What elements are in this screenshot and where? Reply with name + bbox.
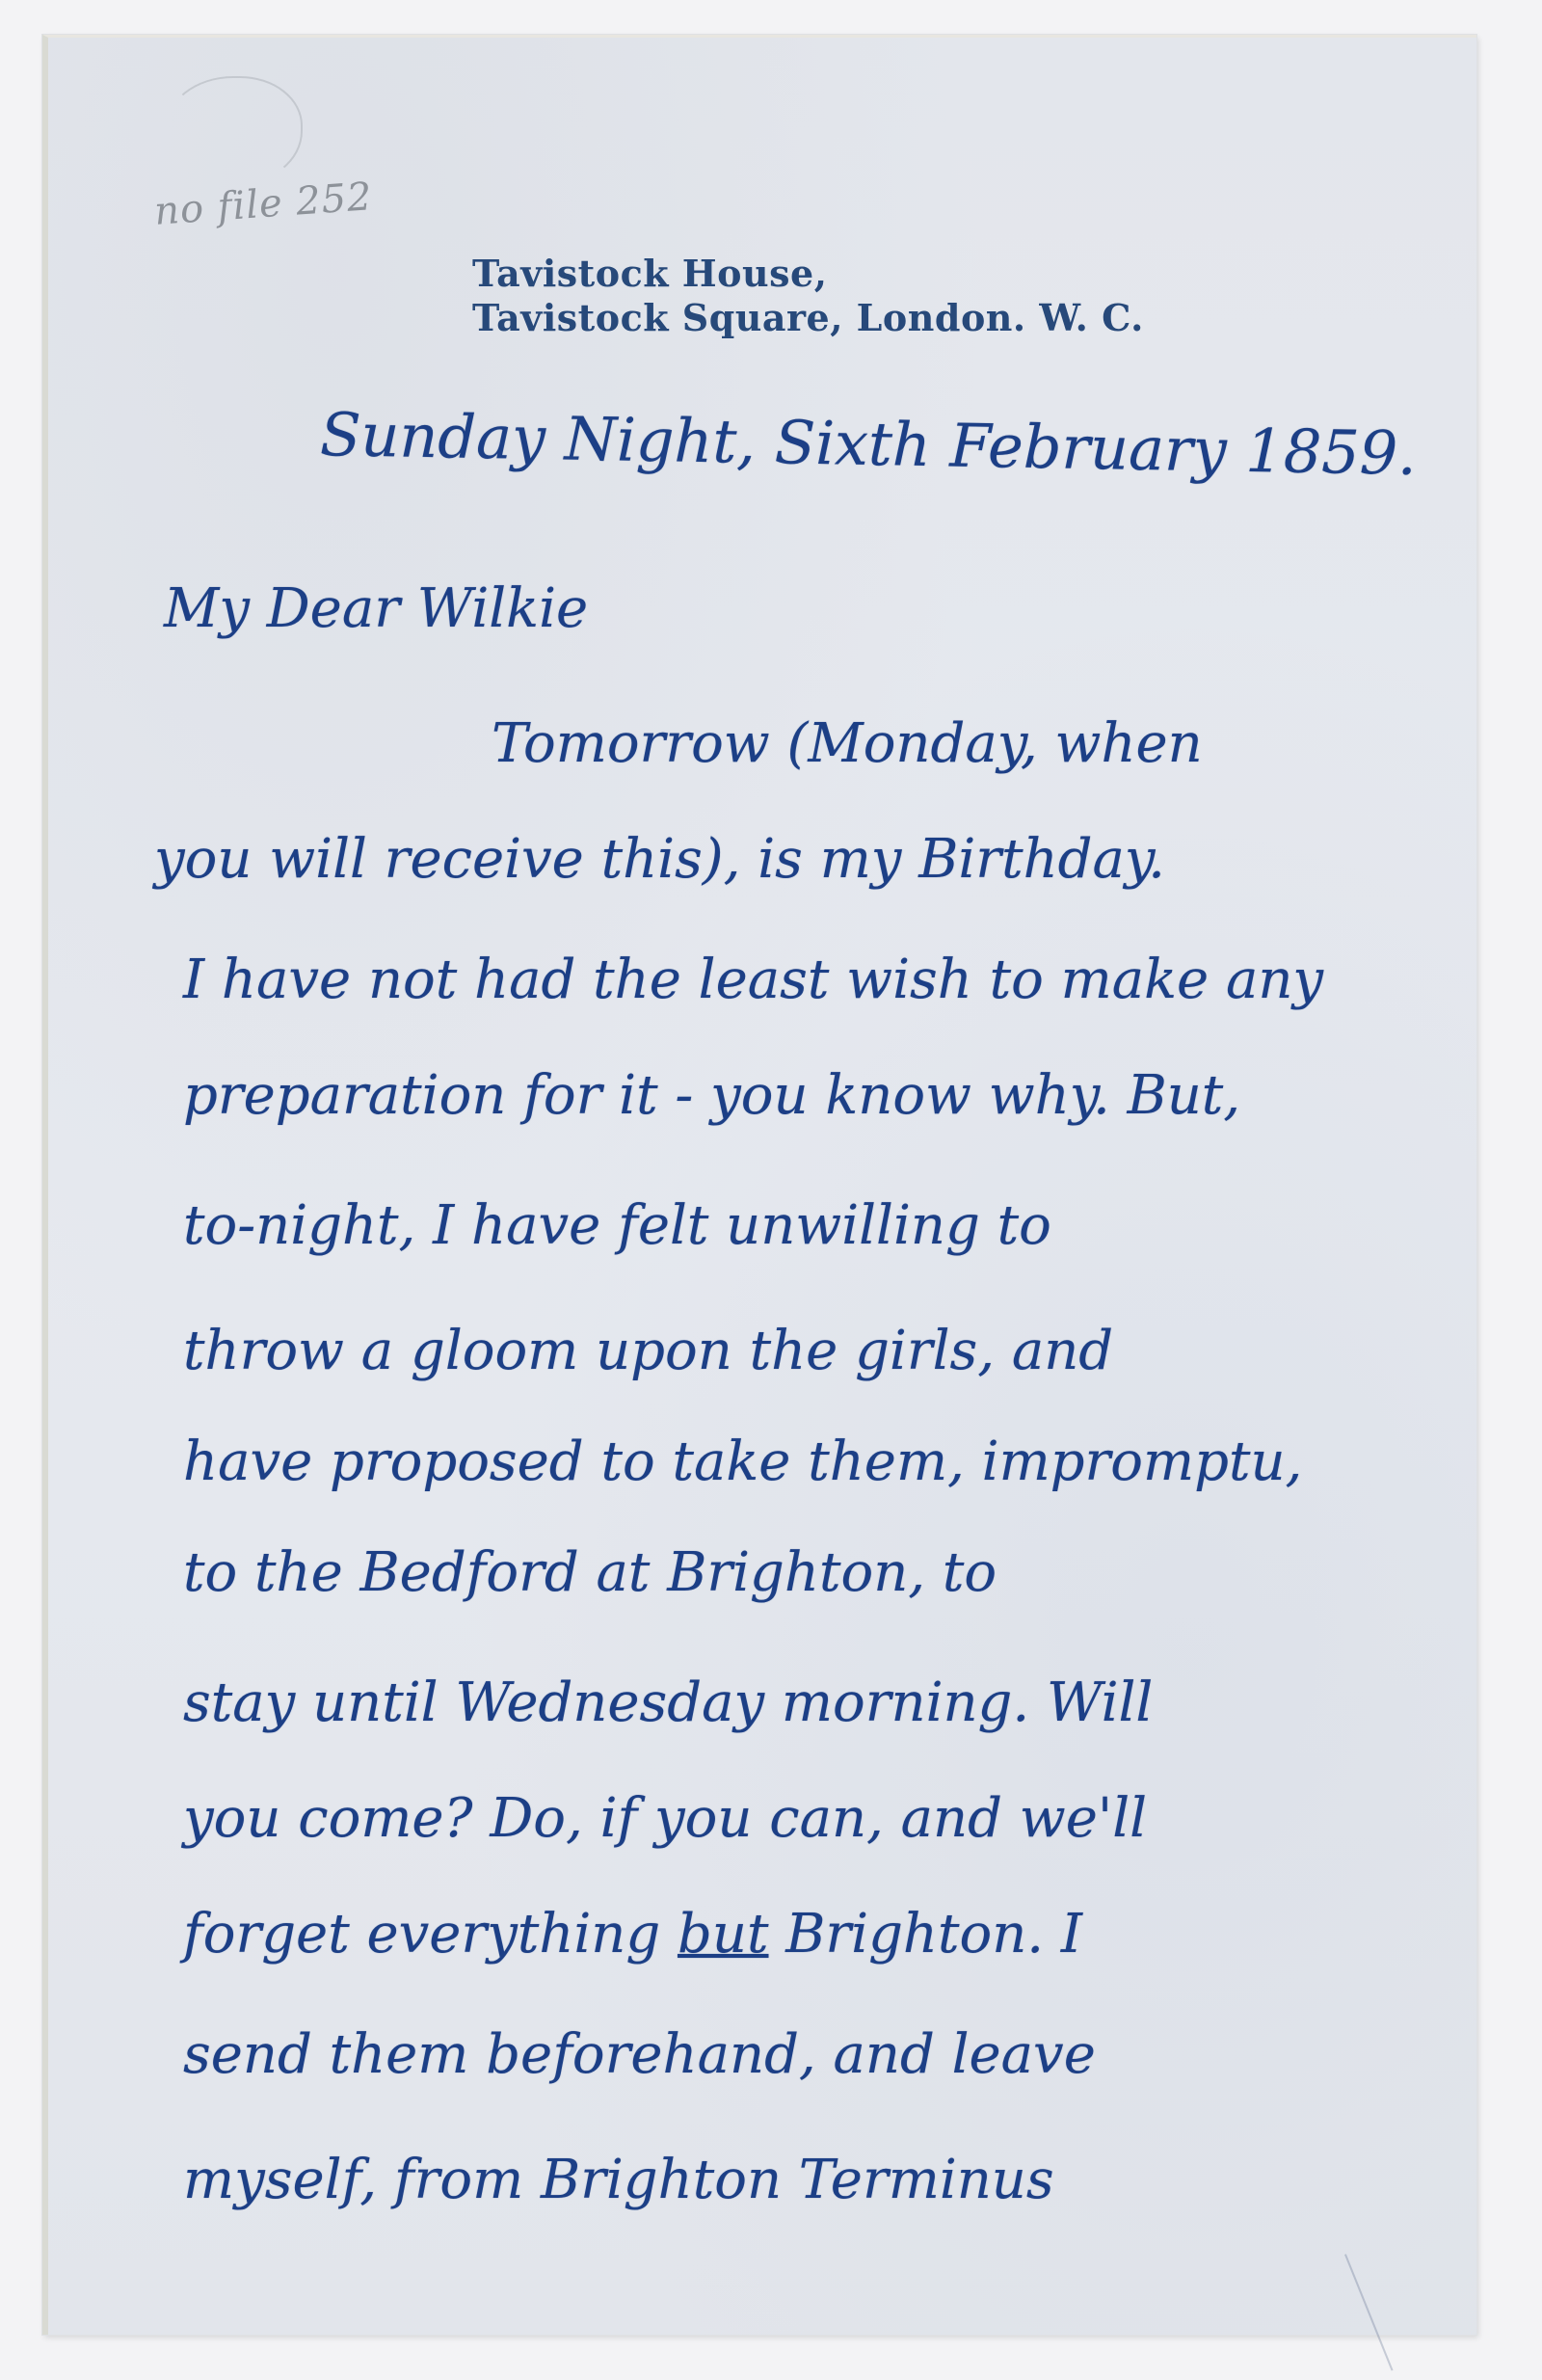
body-line-8: to the Bedford at Brighton, to [183,1541,997,1604]
scan-background: no file 252 Tavistock House, Tavistock S… [0,0,1542,2380]
body-line-11: forget everything but Brighton. I [183,1903,1082,1966]
body-line-12: send them beforehand, and leave [183,2023,1096,2086]
body-line-6: throw a gloom upon the girls, and [183,1320,1113,1382]
letter-sheet: no file 252 Tavistock House, Tavistock S… [42,35,1476,2335]
pencil-mark [164,76,303,186]
body-line-3: I have not had the least wish to make an… [183,949,1323,1011]
letterhead-line-1: Tavistock House, [472,252,1144,296]
body-line-5: to-night, I have felt unwilling to [183,1194,1051,1257]
underlined-word: but [678,1903,768,1966]
body-line-7: have proposed to take them, impromptu, [183,1431,1302,1493]
body-line-2: you will receive this), is my Birthday. [154,828,1165,891]
body-line-13: myself, from Brighton Terminus [183,2149,1054,2211]
body-line-1: Tomorrow (Monday, when [492,712,1203,775]
paper-crease [1344,2254,1394,2370]
letterhead: Tavistock House, Tavistock Square, Londo… [472,252,1144,340]
letterhead-line-2: Tavistock Square, London. W. C. [472,296,1144,340]
pencil-annotation: no file 252 [153,174,374,234]
dateline: Sunday Night, Sixth February 1859. [319,399,1417,489]
body-line-9: stay until Wednesday morning. Will [183,1671,1153,1734]
body-line-10: you come? Do, if you can, and we'll [183,1787,1147,1850]
salutation: My Dear Wilkie [164,577,588,640]
body-line-4: preparation for it - you know why. But, [183,1064,1240,1127]
